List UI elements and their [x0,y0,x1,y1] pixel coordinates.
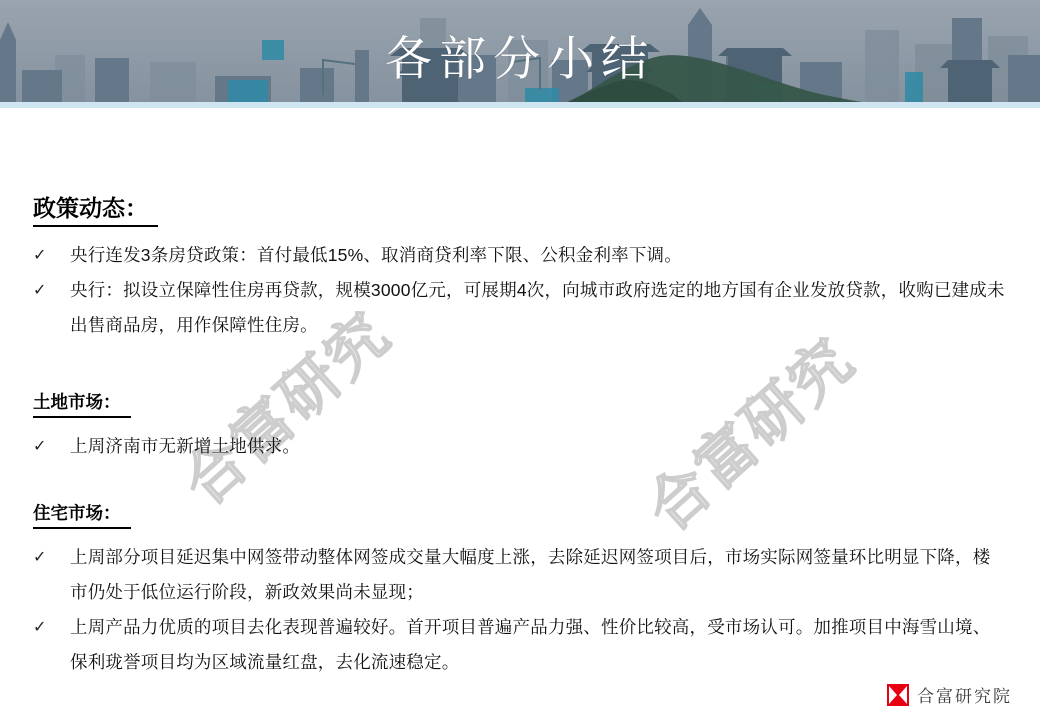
hopefluent-logo-icon [887,684,909,706]
list-item: ✓ 央行：拟设立保障性住房再贷款，规模3000亿元，可展期4次，向城市政府选定的… [33,273,1008,343]
bullet-text: 上周部分项目延迟集中网签带动整体网签成交量大幅度上涨，去除延迟网签项目后，市场实… [70,540,1008,610]
slide-header: 各部分小结 [0,0,1040,108]
bullet-text: 上周济南市无新增土地供求。 [70,429,1008,464]
section-heading-residential: 住宅市场： [33,500,1040,529]
check-icon: ✓ [33,540,70,575]
slide-body: 政策动态： ✓ 央行连发3条房贷政策：首付最低15%、取消商贷利率下限、公积金利… [0,190,1040,680]
list-item: ✓ 上周部分项目延迟集中网签带动整体网签成交量大幅度上涨，去除延迟网签项目后，市… [33,540,1008,610]
footer-logo: 合富研究院 [887,682,1012,707]
list-item: ✓ 上周济南市无新增土地供求。 [33,429,1008,464]
footer-logo-text: 合富研究院 [917,682,1012,707]
check-icon: ✓ [33,238,70,273]
policy-bullet-list: ✓ 央行连发3条房贷政策：首付最低15%、取消商贷利率下限、公积金利率下调。 ✓… [33,238,1008,343]
section-heading-land: 土地市场： [33,389,1040,418]
bullet-text: 央行：拟设立保障性住房再贷款，规模3000亿元，可展期4次，向城市政府选定的地方… [70,273,1008,343]
check-icon: ✓ [33,273,70,308]
check-icon: ✓ [33,429,70,464]
residential-bullet-list: ✓ 上周部分项目延迟集中网签带动整体网签成交量大幅度上涨，去除延迟网签项目后，市… [33,540,1008,680]
section-heading-land-text: 土地市场： [33,389,131,418]
bullet-text: 上周产品力优质的项目去化表现普遍较好。首开项目普遍产品力强、性价比较高，受市场认… [70,610,1008,680]
section-heading-policy-text: 政策动态： [33,190,158,227]
list-item: ✓ 央行连发3条房贷政策：首付最低15%、取消商贷利率下限、公积金利率下调。 [33,238,1008,273]
land-bullet-list: ✓ 上周济南市无新增土地供求。 [33,429,1008,464]
section-heading-policy: 政策动态： [33,190,1040,227]
check-icon: ✓ [33,610,70,645]
list-item: ✓ 上周产品力优质的项目去化表现普遍较好。首开项目普遍产品力强、性价比较高，受市… [33,610,1008,680]
page-title: 各部分小结 [0,22,1040,89]
section-heading-residential-text: 住宅市场： [33,500,131,529]
bullet-text: 央行连发3条房贷政策：首付最低15%、取消商贷利率下限、公积金利率下调。 [70,238,1008,273]
